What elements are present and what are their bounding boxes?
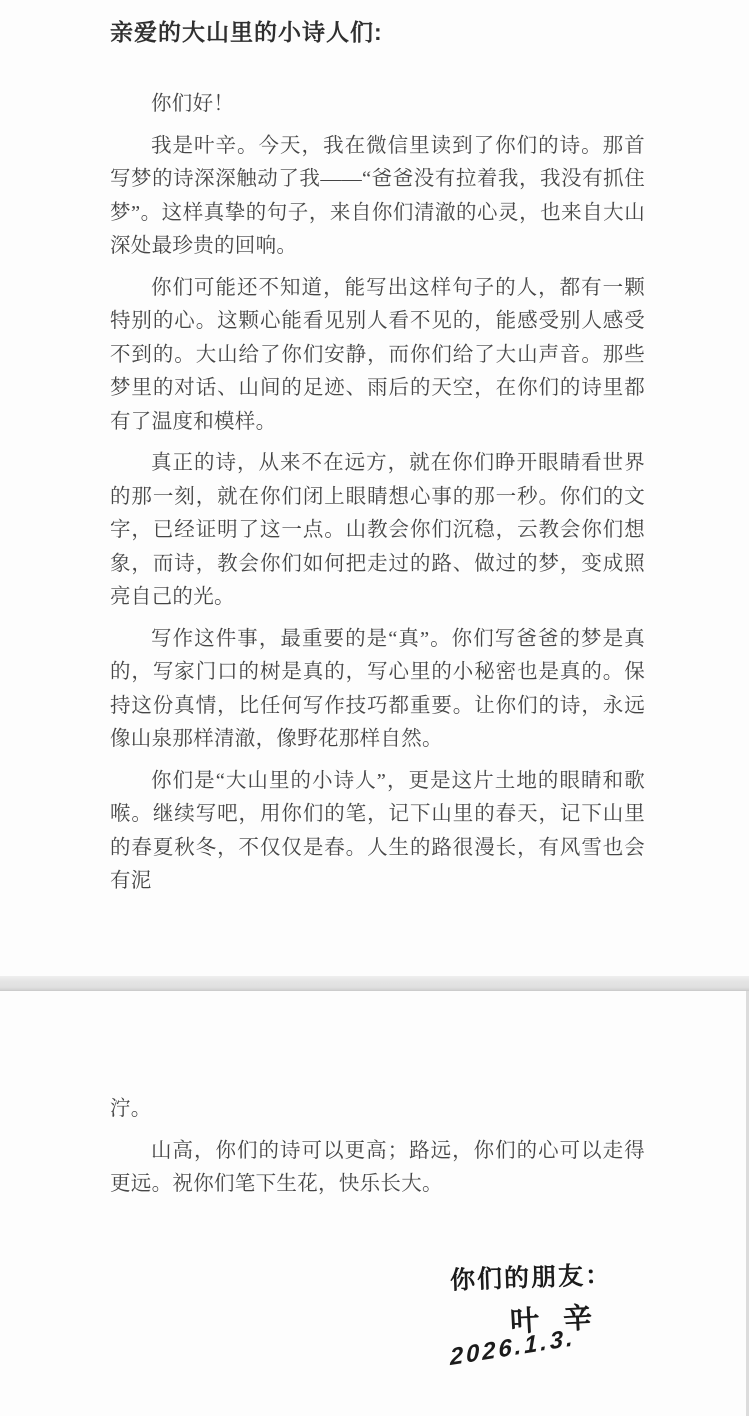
letter-paragraph-closing: 山高，你们的诗可以更高；路远，你们的心可以走得更远。祝你们笔下生花，快乐长大。 (110, 1135, 645, 1202)
letter-body-page-1: 亲爱的大山里的小诗人们: 你们好！ 我是叶辛。今天，我在微信里读到了你们的诗。那… (0, 0, 645, 899)
letter-page-1: 亲爱的大山里的小诗人们: 你们好！ 我是叶辛。今天，我在微信里读到了你们的诗。那… (0, 0, 749, 976)
letter-paragraph-continuation: 泞。 (110, 1093, 645, 1127)
handwritten-signature-block: 你们的朋友： 叶辛 2026.1.3. (450, 1257, 665, 1372)
letter-paragraph-little-poets: 你们是“大山里的小诗人”，更是这片土地的眼睛和歌喉。继续写吧，用你们的笔，记下山… (110, 765, 645, 899)
letter-paragraph-intro: 我是叶辛。今天，我在微信里读到了你们的诗。那首写梦的诗深深触动了我——“爸爸没有… (110, 130, 645, 264)
letter-paragraph-true-poetry: 真正的诗，从来不在远方，就在你们睁开眼睛看世界的那一刻，就在你们闭上眼睛想心事的… (110, 447, 645, 615)
page-divider (0, 976, 749, 991)
letter-paragraph-special-heart: 你们可能还不知道，能写出这样句子的人，都有一颗特别的心。这颗心能看见别人看不见的… (110, 272, 645, 440)
letter-salutation: 亲爱的大山里的小诗人们: (110, 16, 645, 48)
letter-paragraph-truth-in-writing: 写作这件事，最重要的是“真”。你们写爸爸的梦是真的，写家门口的树是真的，写心里的… (110, 623, 645, 757)
letter-body-page-2: 泞。 山高，你们的诗可以更高；路远，你们的心可以走得更远。祝你们笔下生花，快乐长… (0, 991, 645, 1202)
signature-friend-line: 你们的朋友： (449, 1253, 665, 1296)
letter-paragraph-greeting: 你们好！ (110, 88, 645, 122)
letter-page-2: 泞。 山高，你们的诗可以更高；路远，你们的心可以走得更远。祝你们笔下生花，快乐长… (0, 991, 749, 1416)
